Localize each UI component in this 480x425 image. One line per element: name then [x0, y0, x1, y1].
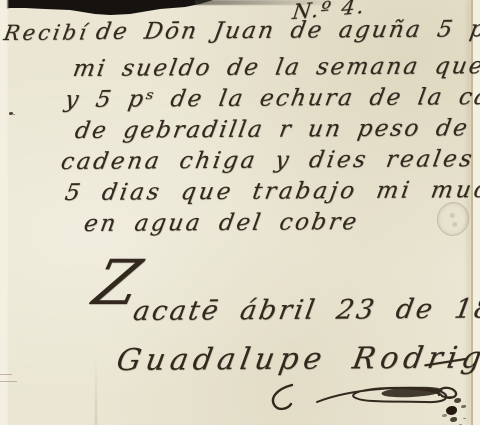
body-line: 5 dias que trabajo mi muchaho: [63, 177, 480, 206]
left-page-edge: [0, 0, 9, 425]
underpage-ruled-line: [0, 374, 12, 375]
torn-paper-edge: [0, 0, 213, 16]
body-line: de gebradilla r un peso de la: [73, 115, 480, 144]
ink-speck: [9, 112, 13, 115]
manuscript-page: N.º 4. Recibí de Dōn Juan de aguña 5 pˢ …: [0, 0, 480, 425]
paper-crease: [95, 358, 97, 425]
signature-rubric: [262, 378, 467, 416]
signature-name: Guadalupe Rodrigz: [114, 340, 480, 378]
embossed-stamp: [433, 199, 472, 240]
underpage-ruled-line: [0, 381, 17, 382]
ink-blot: [446, 406, 457, 415]
body-line: de Dōn Juan de aguña 5 pˢ de: [94, 16, 480, 45]
body-line: mi sueldo de la semana que fina: [71, 53, 480, 82]
opening-word: Recibí: [2, 20, 91, 45]
body-line: en agua del cobre: [82, 209, 361, 237]
body-line: y 5 pˢ de la echura de la cadena: [63, 84, 480, 113]
dateline-text: acatē ábril 23 de 1842: [131, 293, 480, 327]
body-line: cadena chiga y dies reales de: [59, 146, 480, 175]
